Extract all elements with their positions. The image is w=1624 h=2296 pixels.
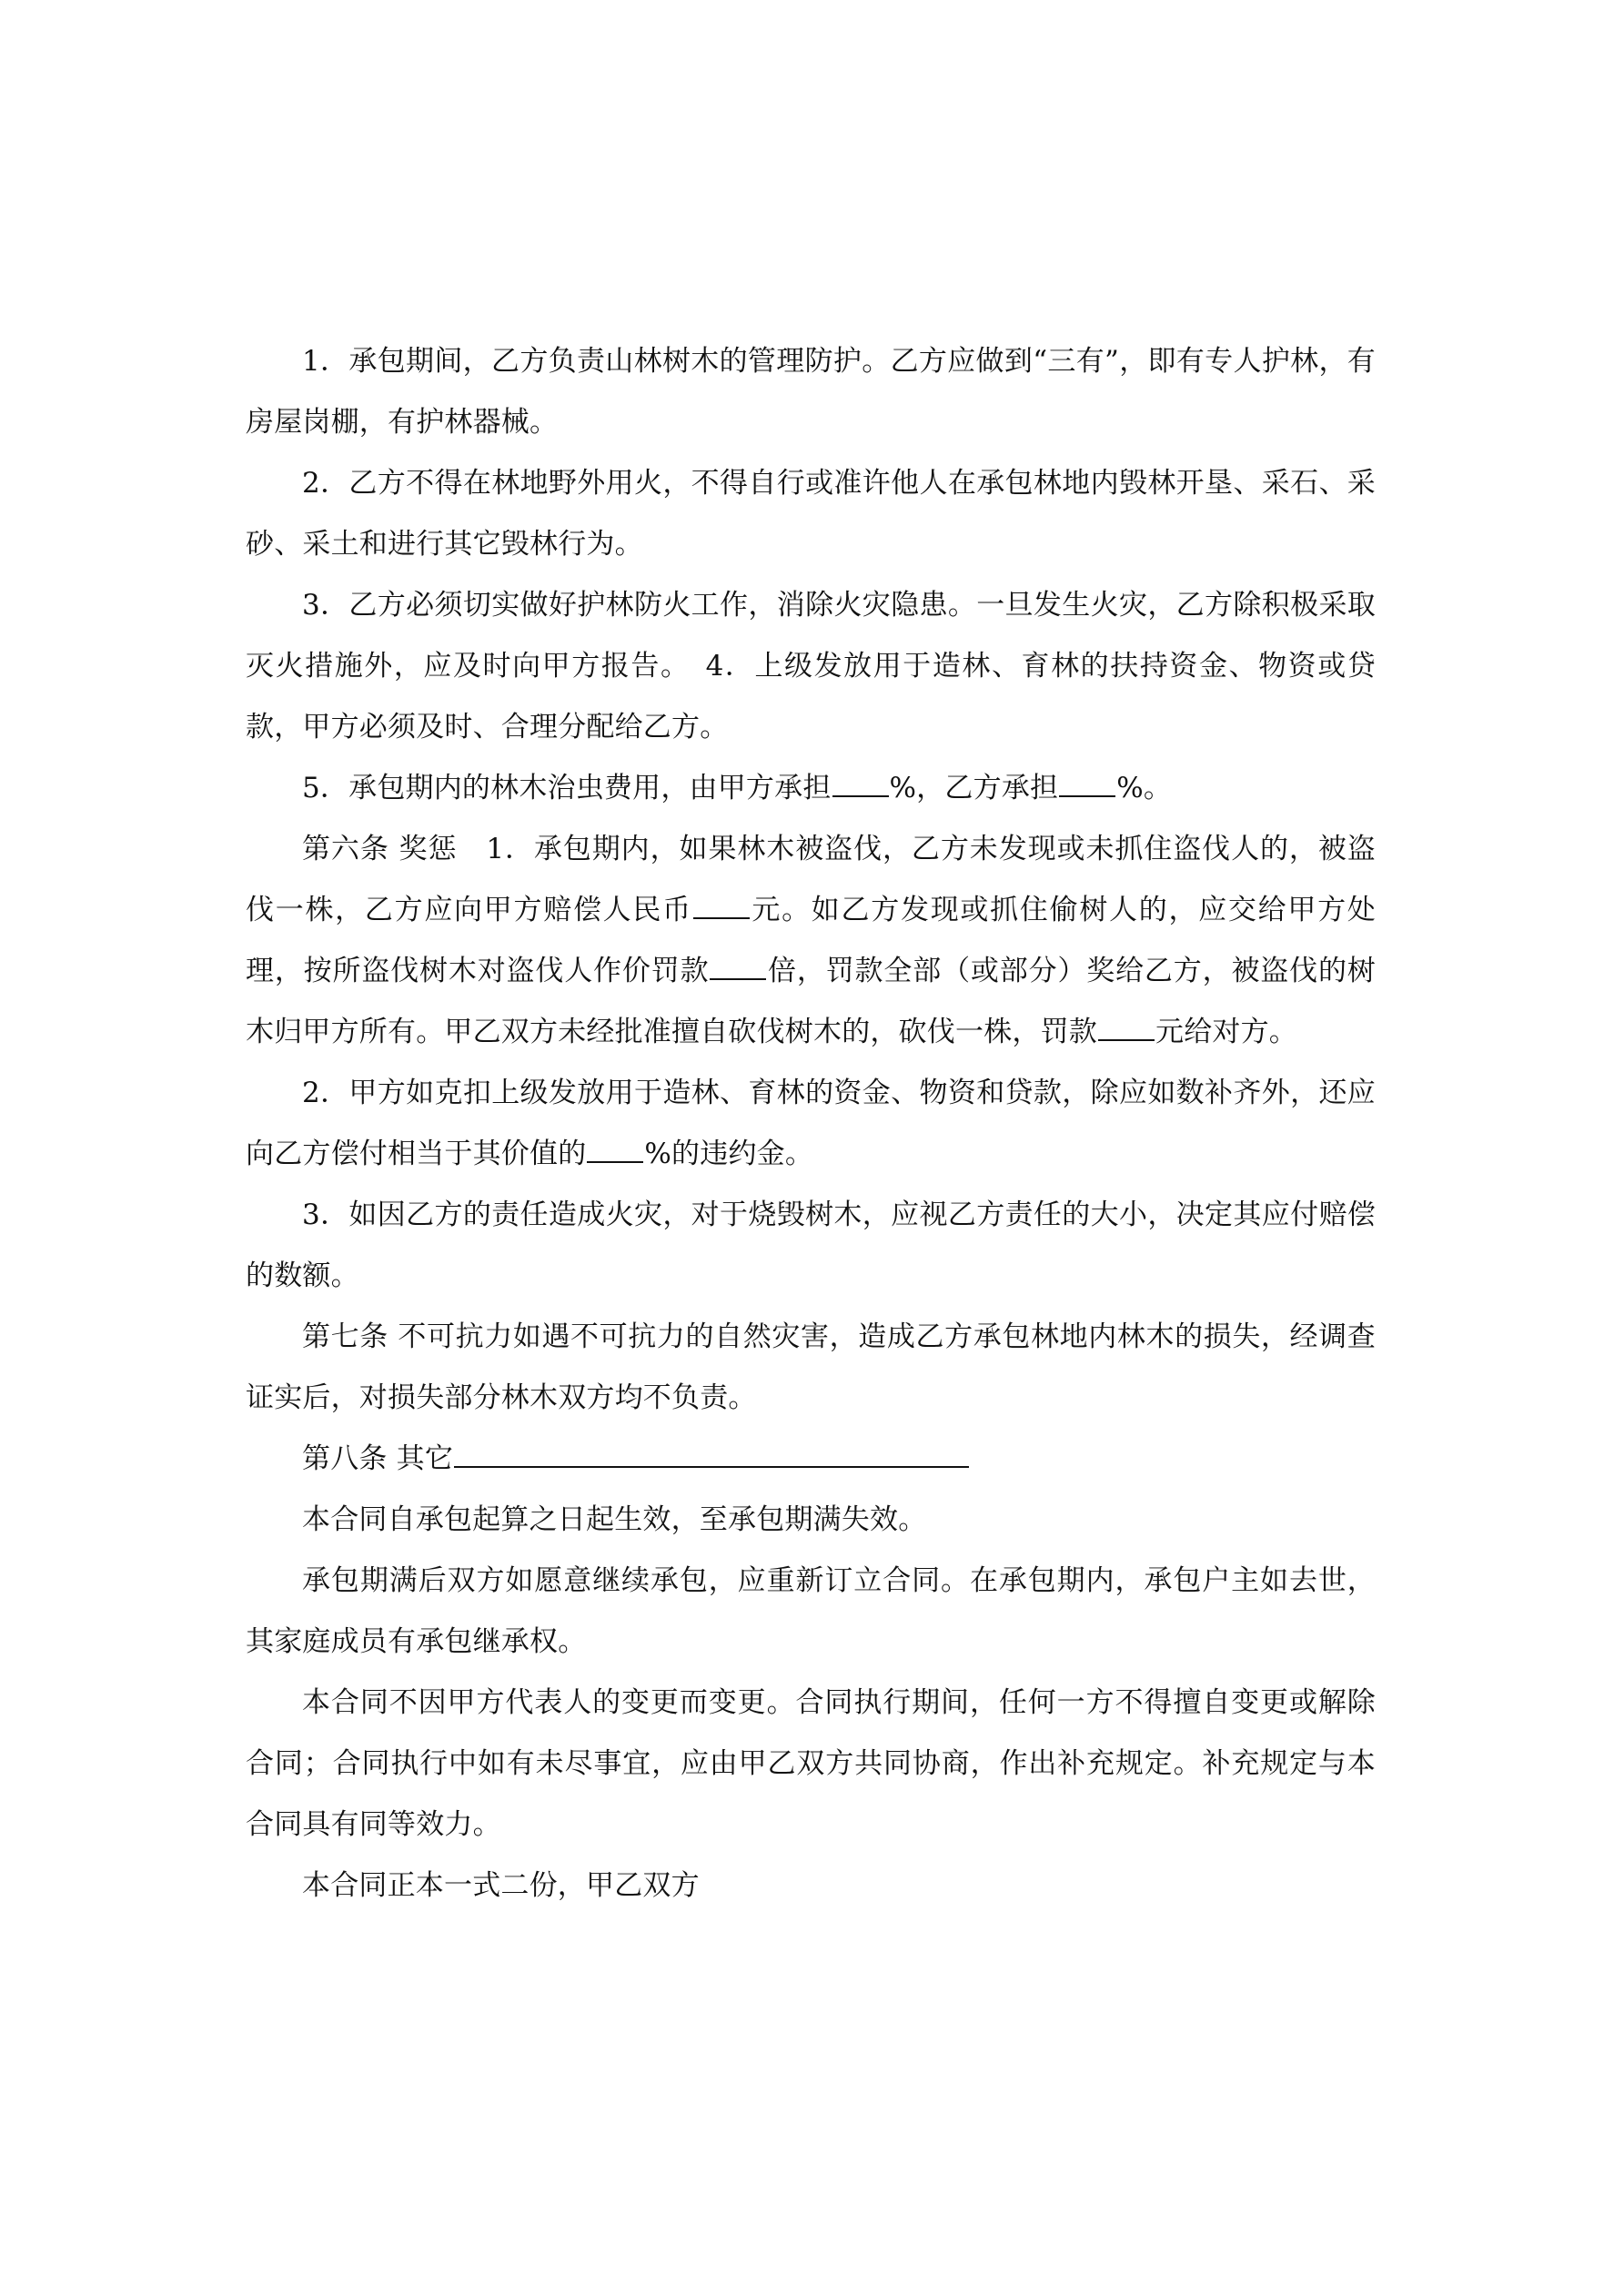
clause-text: 本合同正本一式二份，甲乙双方	[302, 1869, 700, 1902]
clause-text: %，乙方承担	[890, 772, 1059, 804]
clause-text: %的违约金。	[644, 1138, 813, 1170]
clause-text: 2．乙方不得在林地野外用火，不得自行或准许他人在承包林地内毁林开垦、采石、采砂、…	[246, 467, 1376, 561]
article-7-force-majeure: 第七条 不可抗力如遇不可抗力的自然灾害，造成乙方承包林地内林木的损失，经调查证实…	[246, 1307, 1376, 1429]
clause-1-management: 1．承包期间，乙方负责山林树木的管理防护。乙方应做到“三有”，即有专人护林，有房…	[246, 331, 1376, 453]
renewal-inheritance: 承包期满后双方如愿意继续承包，应重新订立合同。在承包期内，承包户主如去世，其家庭…	[246, 1551, 1376, 1673]
effective-period: 本合同自承包起算之日起生效，至承包期满失效。	[246, 1490, 1376, 1551]
article-8-other: 第八条 其它	[246, 1429, 1376, 1490]
article-6-clause-2: 2．甲方如克扣上级发放用于造林、育林的资金、物资和贷款，除应如数补齐外，还应向乙…	[246, 1063, 1376, 1185]
blank-field-fine-amount[interactable]	[1098, 1016, 1155, 1041]
clause-text: 本合同自承包起算之日起生效，至承包期满失效。	[302, 1503, 926, 1536]
blank-field-other-terms[interactable]	[454, 1442, 969, 1468]
blank-field-penalty-percent[interactable]	[587, 1138, 643, 1163]
blank-field-fine-multiple[interactable]	[710, 955, 766, 980]
clause-text: 1．承包期间，乙方负责山林树木的管理防护。乙方应做到“三有”，即有专人护林，有房…	[246, 345, 1376, 439]
clause-5-pest-cost: 5．承包期内的林木治虫费用，由甲方承担%，乙方承担%。	[246, 758, 1376, 819]
clause-2-no-fire: 2．乙方不得在林地野外用火，不得自行或准许他人在承包林地内毁林开垦、采石、采砂、…	[246, 453, 1376, 575]
clause-text: 元给对方。	[1155, 1016, 1297, 1048]
clause-text: 3．如因乙方的责任造成火灾，对于烧毁树木，应视乙方责任的大小，决定其应付赔偿的数…	[246, 1199, 1376, 1292]
clause-text: 承包期满后双方如愿意继续承包，应重新订立合同。在承包期内，承包户主如去世，其家庭…	[246, 1564, 1376, 1658]
clause-text: 第七条 不可抗力如遇不可抗力的自然灾害，造成乙方承包林地内林木的损失，经调查证实…	[246, 1320, 1376, 1414]
article-6-rewards-penalties: 第六条 奖惩 1．承包期内，如果林木被盗伐，乙方未发现或未抓住盗伐人的，被盗伐一…	[246, 819, 1376, 1063]
clause-text: 本合同不因甲方代表人的变更而变更。合同执行期间，任何一方不得擅自变更或解除合同；…	[246, 1686, 1376, 1841]
article-6-clause-3: 3．如因乙方的责任造成火灾，对于烧毁树木，应视乙方责任的大小，决定其应付赔偿的数…	[246, 1185, 1376, 1307]
contract-copies: 本合同正本一式二份，甲乙双方	[246, 1856, 1376, 1917]
clause-text: 3．乙方必须切实做好护林防火工作，消除火灾隐患。一旦发生火灾，乙方除积极采取灭火…	[246, 589, 1376, 743]
contract-page: 1．承包期间，乙方负责山林树木的管理防护。乙方应做到“三有”，即有专人护林，有房…	[246, 331, 1376, 1917]
clause-text: %。	[1116, 772, 1172, 804]
clause-text: 5．承包期内的林木治虫费用，由甲方承担	[302, 772, 832, 804]
contract-changes: 本合同不因甲方代表人的变更而变更。合同执行期间，任何一方不得擅自变更或解除合同；…	[246, 1673, 1376, 1856]
clause-text: 第八条 其它	[302, 1442, 453, 1475]
clause-3-4-fire-prevention-funding: 3．乙方必须切实做好护林防火工作，消除火灾隐患。一旦发生火灾，乙方除积极采取灭火…	[246, 575, 1376, 758]
blank-field-party-b-percent[interactable]	[1059, 772, 1115, 797]
blank-field-party-a-percent[interactable]	[832, 772, 889, 797]
blank-field-compensation-amount[interactable]	[693, 894, 750, 919]
